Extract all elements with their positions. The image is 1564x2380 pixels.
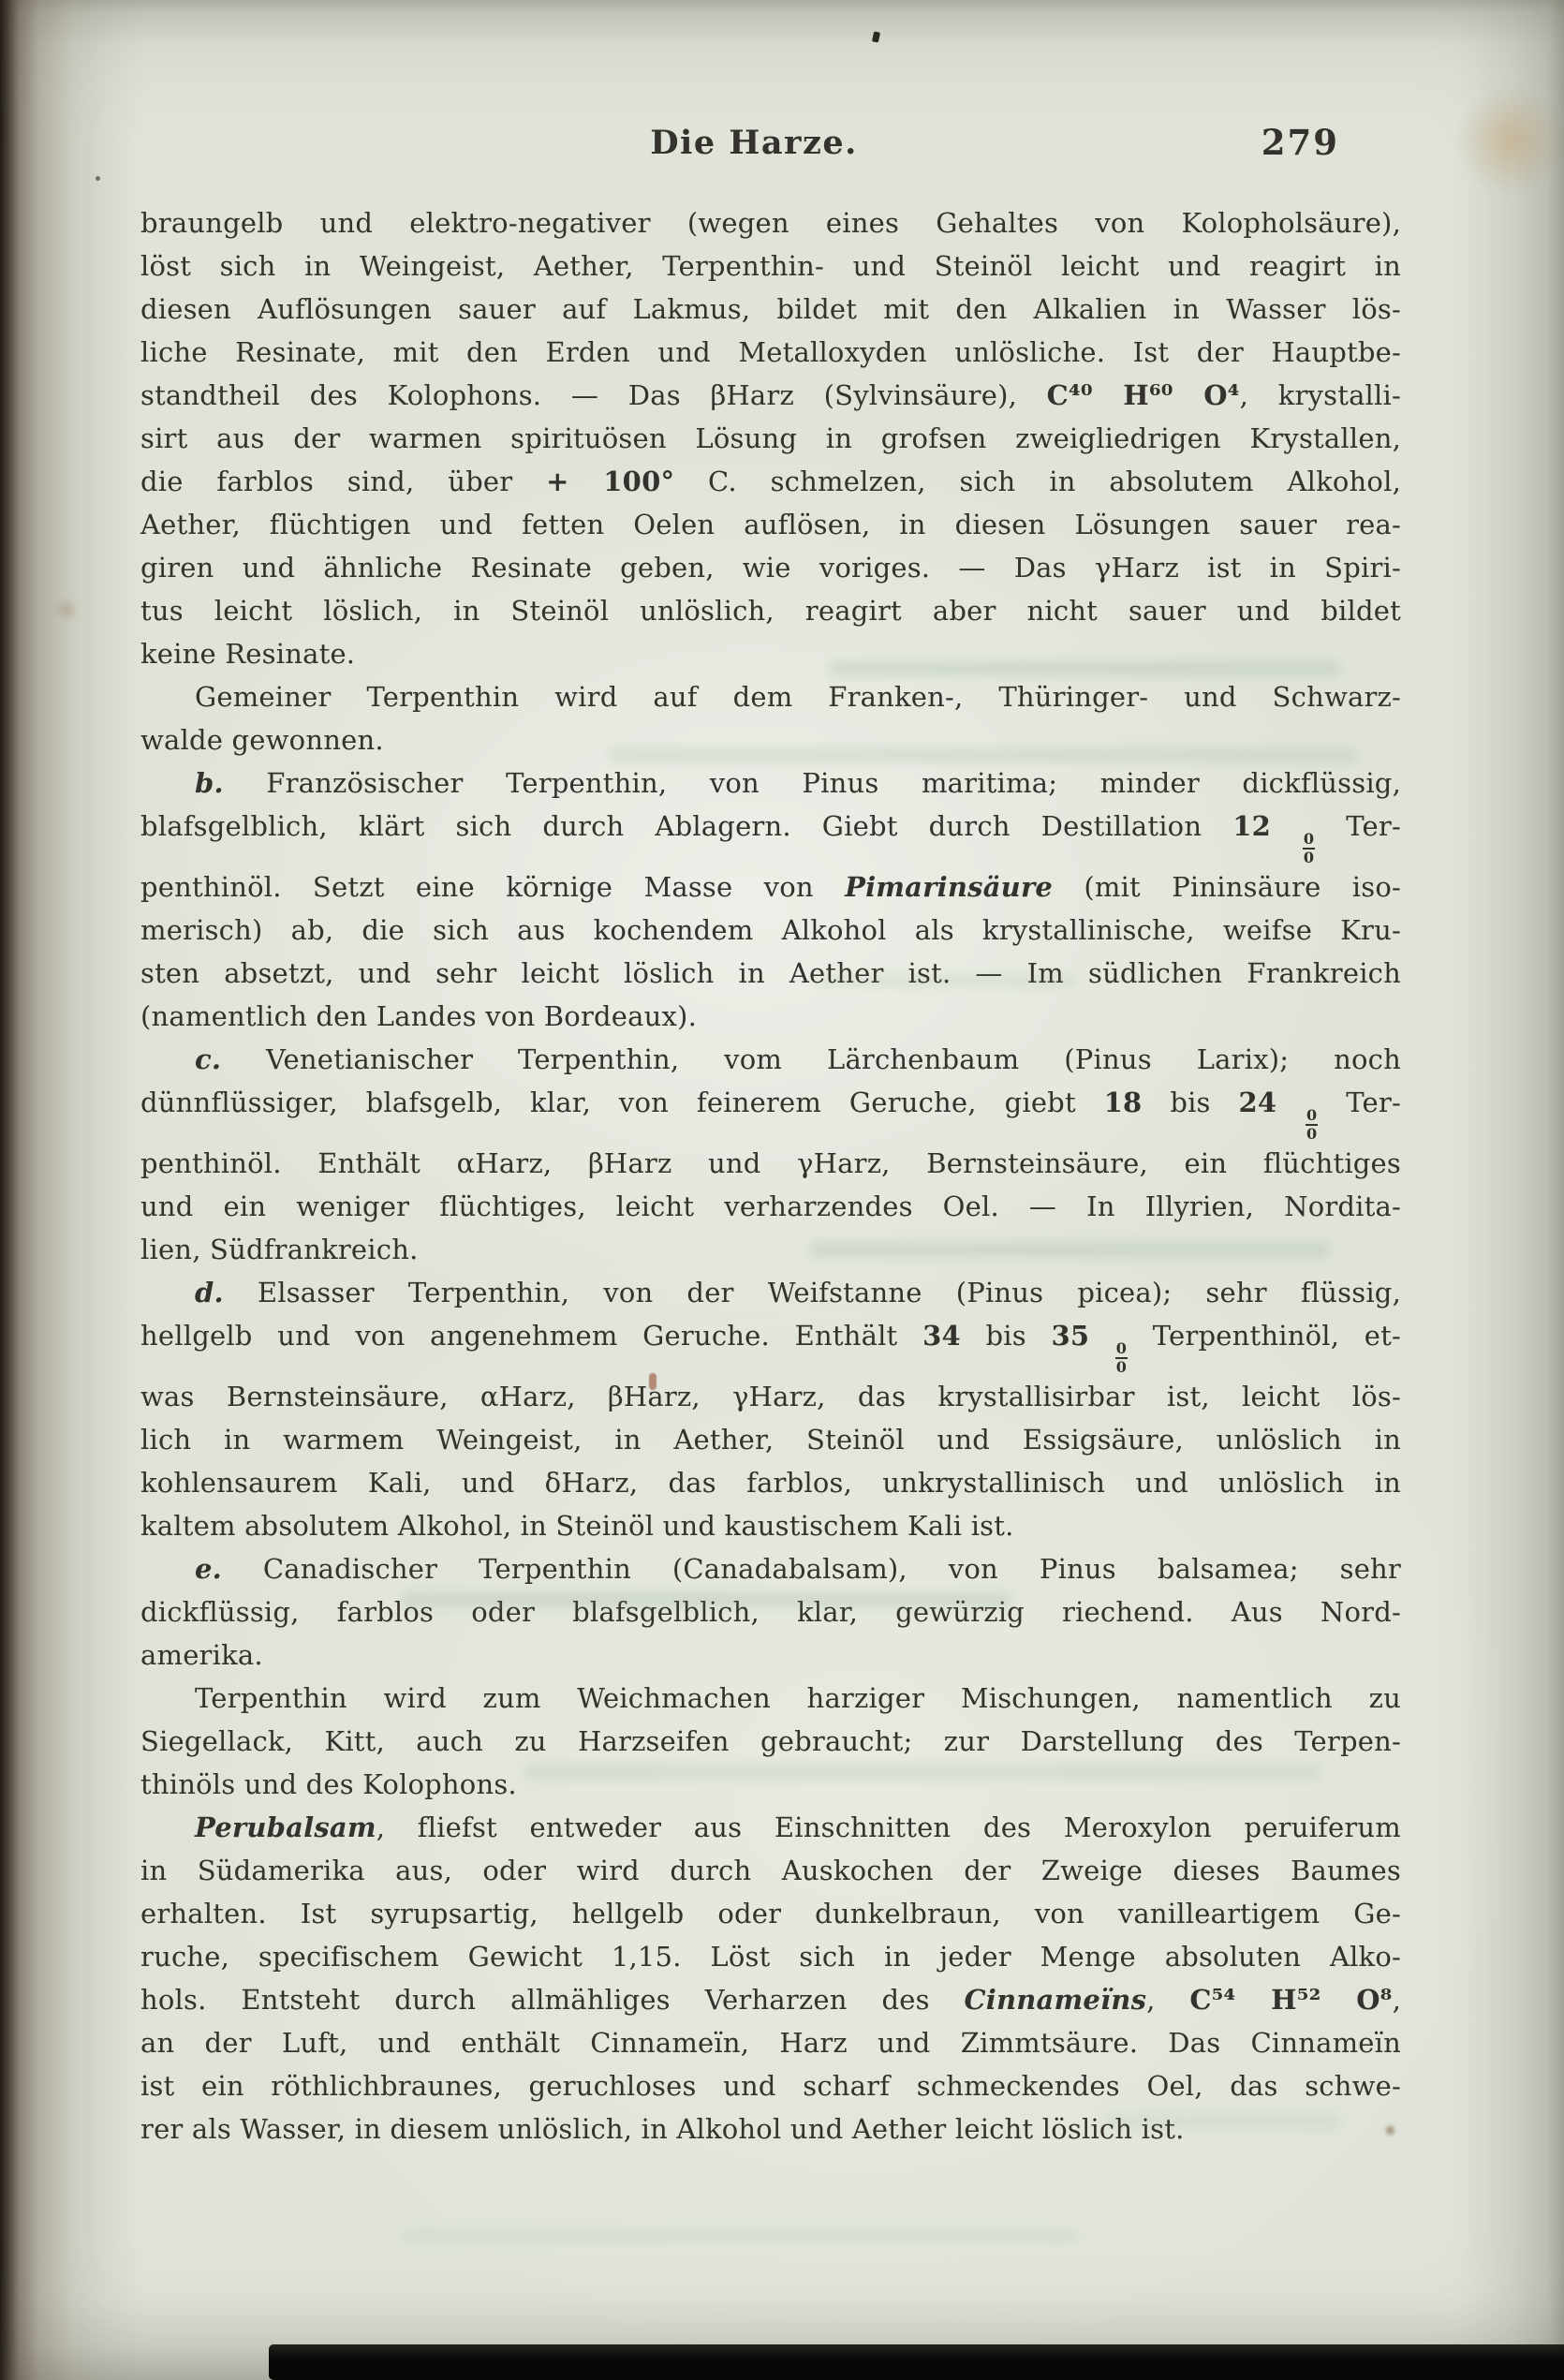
- page-header: Die Harze. 279: [140, 124, 1401, 172]
- text-line: die farblos sind, über + 100° C. schmelz…: [140, 460, 1401, 503]
- text-line: sirt aus der warmen spirituösen Lösung i…: [140, 417, 1401, 460]
- showthrough-smudge: [609, 747, 1358, 762]
- text-line: c. Venetianischer Terpenthin, vom Lärche…: [140, 1038, 1401, 1081]
- text-line: ist ein röthlichbraunes, geruchloses und…: [140, 2064, 1401, 2107]
- text-line: e. Canadischer Terpenthin (Canadabalsam)…: [140, 1547, 1401, 1590]
- text-line: kohlensaurem Kali, und δHarz, das farblo…: [140, 1461, 1401, 1504]
- text-line: Perubalsam, fliefst entweder aus Einschn…: [140, 1806, 1401, 1849]
- foxing-stain: [1386, 2126, 1394, 2135]
- text-line: Aether, flüchtigen und fetten Oelen aufl…: [140, 503, 1401, 546]
- text-line: was Bernsteinsäure, αHarz, βHarz, γHarz,…: [140, 1375, 1401, 1418]
- showthrough-smudge: [810, 1242, 1330, 1257]
- percent-fraction: 00: [1303, 832, 1315, 865]
- text-segment: Pimarinsäure: [845, 871, 1053, 903]
- text-line: standtheil des Kolophons. — Das βHarz (S…: [140, 374, 1401, 417]
- ink-speck: [872, 31, 880, 42]
- text-line: tus leicht löslich, in Steinöl unlöslich…: [140, 589, 1401, 632]
- text-segment: Cinnameïns: [964, 1984, 1146, 2016]
- text-line: braungelb und elektro-negativer (wegen e…: [140, 201, 1401, 244]
- book-page-scan: Die Harze. 279 braungelb und elektro-neg…: [0, 0, 1564, 2380]
- text-line: penthinöl. Enthält αHarz, βHarz und γHar…: [140, 1142, 1401, 1185]
- text-segment: 12: [1232, 810, 1303, 842]
- text-line: liche Resinate, mit den Erden und Metall…: [140, 331, 1401, 374]
- text-line: Siegellack, Kitt, auch zu Harzseifen geb…: [140, 1720, 1401, 1763]
- text-line: dünnflüssiger, blafsgelb, klar, von fein…: [140, 1081, 1401, 1142]
- text-line: merisch) ab, die sich aus kochendem Alko…: [140, 909, 1401, 952]
- showthrough-smudge: [815, 974, 1077, 987]
- text-segment: C⁴⁰ H⁶⁰ O⁴: [1047, 379, 1240, 411]
- text-segment: 24: [1239, 1087, 1306, 1118]
- text-segment: 35: [1051, 1320, 1114, 1352]
- showthrough-smudge: [403, 2229, 1077, 2242]
- text-line: giren und ähnliche Resinate geben, wie v…: [140, 546, 1401, 589]
- text-line: amerika.: [140, 1633, 1401, 1677]
- page-title: Die Harze.: [140, 124, 1367, 162]
- text-line: hols. Entsteht durch allmähliges Verharz…: [140, 1978, 1401, 2021]
- text-line: rer als Wasser, in diesem unlöslich, in …: [140, 2107, 1401, 2151]
- percent-fraction: 00: [1306, 1108, 1318, 1142]
- text-segment: c.: [195, 1043, 221, 1075]
- text-line: Gemeiner Terpenthin wird auf dem Franken…: [140, 675, 1401, 718]
- text-line: kaltem absolutem Alkohol, in Steinöl und…: [140, 1504, 1401, 1547]
- foxing-stain: [1456, 84, 1564, 197]
- text-segment: 18: [1104, 1087, 1143, 1118]
- showthrough-smudge: [403, 1592, 1011, 1607]
- text-segment: d.: [195, 1277, 224, 1308]
- text-line: erhalten. Ist syrupsartig, hellgelb oder…: [140, 1892, 1401, 1935]
- ink-speck: [96, 176, 100, 181]
- showthrough-smudge: [524, 1765, 1321, 1780]
- text-segment: Perubalsam: [195, 1811, 376, 1843]
- text-segment: 34: [922, 1320, 961, 1352]
- text-line: sten absetzt, und sehr leicht löslich in…: [140, 952, 1401, 995]
- page-number: 279: [1262, 122, 1339, 163]
- text-line: Terpenthin wird zum Weichmachen harziger…: [140, 1677, 1401, 1720]
- text-segment: e.: [195, 1553, 222, 1585]
- text-line: löst sich in Weingeist, Aether, Terpenth…: [140, 244, 1401, 288]
- text-segment: + 100°: [546, 466, 674, 497]
- text-line: und ein weniger flüchtiges, leicht verha…: [140, 1185, 1401, 1228]
- text-line: lich in warmem Weingeist, in Aether, Ste…: [140, 1418, 1401, 1461]
- showthrough-smudge: [1105, 2115, 1339, 2128]
- text-line: penthinöl. Setzt eine körnige Masse von …: [140, 865, 1401, 909]
- page-body: braungelb und elektro-negativer (wegen e…: [140, 201, 1401, 2151]
- percent-fraction: 00: [1115, 1341, 1128, 1375]
- text-line: in Südamerika aus, oder wird durch Ausko…: [140, 1849, 1401, 1892]
- showthrough-smudge: [829, 661, 1339, 676]
- text-line: ruche, specifischem Gewicht 1,15. Löst s…: [140, 1935, 1401, 1978]
- foxing-stain: [54, 598, 79, 622]
- text-line: (namentlich den Landes von Bordeaux).: [140, 995, 1401, 1038]
- text-line: blafsgelblich, klärt sich durch Ablagern…: [140, 805, 1401, 865]
- text-line: an der Luft, und enthält Cinnameïn, Harz…: [140, 2021, 1401, 2064]
- text-line: hellgelb und von angenehmem Geruche. Ent…: [140, 1314, 1401, 1375]
- text-segment: C⁵⁴ H⁵² O⁸: [1189, 1984, 1392, 2016]
- text-line: d. Elsasser Terpenthin, von der Weifstan…: [140, 1271, 1401, 1314]
- scan-artifact-bar: [269, 2344, 1564, 2380]
- text-line: b. Französischer Terpenthin, von Pinus m…: [140, 761, 1401, 805]
- text-segment: b.: [195, 767, 224, 799]
- text-line: diesen Auflösungen sauer auf Lakmus, bil…: [140, 288, 1401, 331]
- foxing-stain: [649, 1373, 657, 1390]
